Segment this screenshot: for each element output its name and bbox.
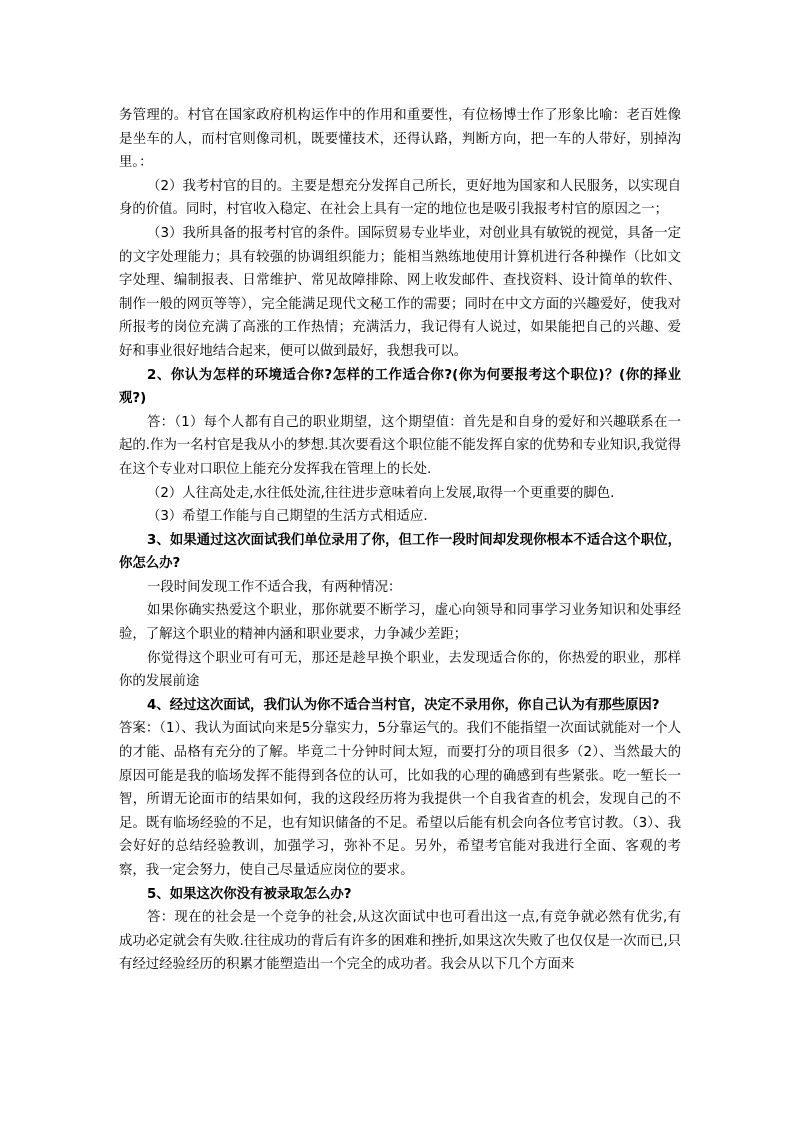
question-4-heading: 4、经过这次面试，我们认为你不适合当村官，决定不录用你，你自己认为有那些原因? bbox=[119, 694, 681, 718]
answer-3-intro: 一段时间发现工作不适合我，有两种情况： bbox=[119, 576, 681, 600]
question-3-heading: 3、如果通过这次面试我们单位录用了你，但工作一段时间却发现你根本不适合这个职位，… bbox=[119, 529, 681, 576]
answer-3-case-2: 你觉得这个职业可有可无，那还是趁早换个职业，去发现适合你的，你热爱的职业，那样你… bbox=[119, 647, 681, 694]
answer-2-part-1: 答：（1）每个人都有自己的职业期望，这个期望值：首先是和自身的爱好和兴趣联系在一… bbox=[119, 411, 681, 482]
answer-5: 答：现在的社会是一个竞争的社会,从这次面试中也可看出这一点,有竞争就必然有优劣,… bbox=[119, 906, 681, 977]
answer-3-case-1: 如果你确实热爱这个职业，那你就要不断学习，虚心向领导和同事学习业务知识和处事经验… bbox=[119, 599, 681, 646]
paragraph-purpose: （2）我考村官的目的。主要是想充分发挥自己所长，更好地为国家和人民服务，以实现自… bbox=[119, 175, 681, 222]
paragraph-village-official-analogy: 务管理的。村官在国家政府机构运作中的作用和重要性，有位杨博士作了形象比喻：老百姓… bbox=[119, 104, 681, 175]
question-5-heading: 5、如果这次你没有被录取怎么办? bbox=[119, 883, 681, 907]
answer-2-part-2: （2）人往高处走,水往低处流,往往进步意味着向上发展,取得一个更重要的脚色. bbox=[119, 482, 681, 506]
answer-2-part-3: （3）希望工作能与自己期望的生活方式相适应. bbox=[119, 505, 681, 529]
paragraph-qualifications: （3）我所具备的报考村官的条件。国际贸易专业毕业，对创业具有敏锐的视觉，具备一定… bbox=[119, 222, 681, 364]
answer-4: 答案：（1）、我认为面试向来是5分靠实力，5分靠运气的。我们不能指望一次面试就能… bbox=[119, 717, 681, 882]
document-page: 务管理的。村官在国家政府机构运作中的作用和重要性，有位杨博士作了形象比喻：老百姓… bbox=[119, 104, 681, 977]
question-2-heading: 2、你认为怎样的环境适合你?怎样的工作适合你?(你为何要报考这个职位)？(你的择… bbox=[119, 364, 681, 411]
